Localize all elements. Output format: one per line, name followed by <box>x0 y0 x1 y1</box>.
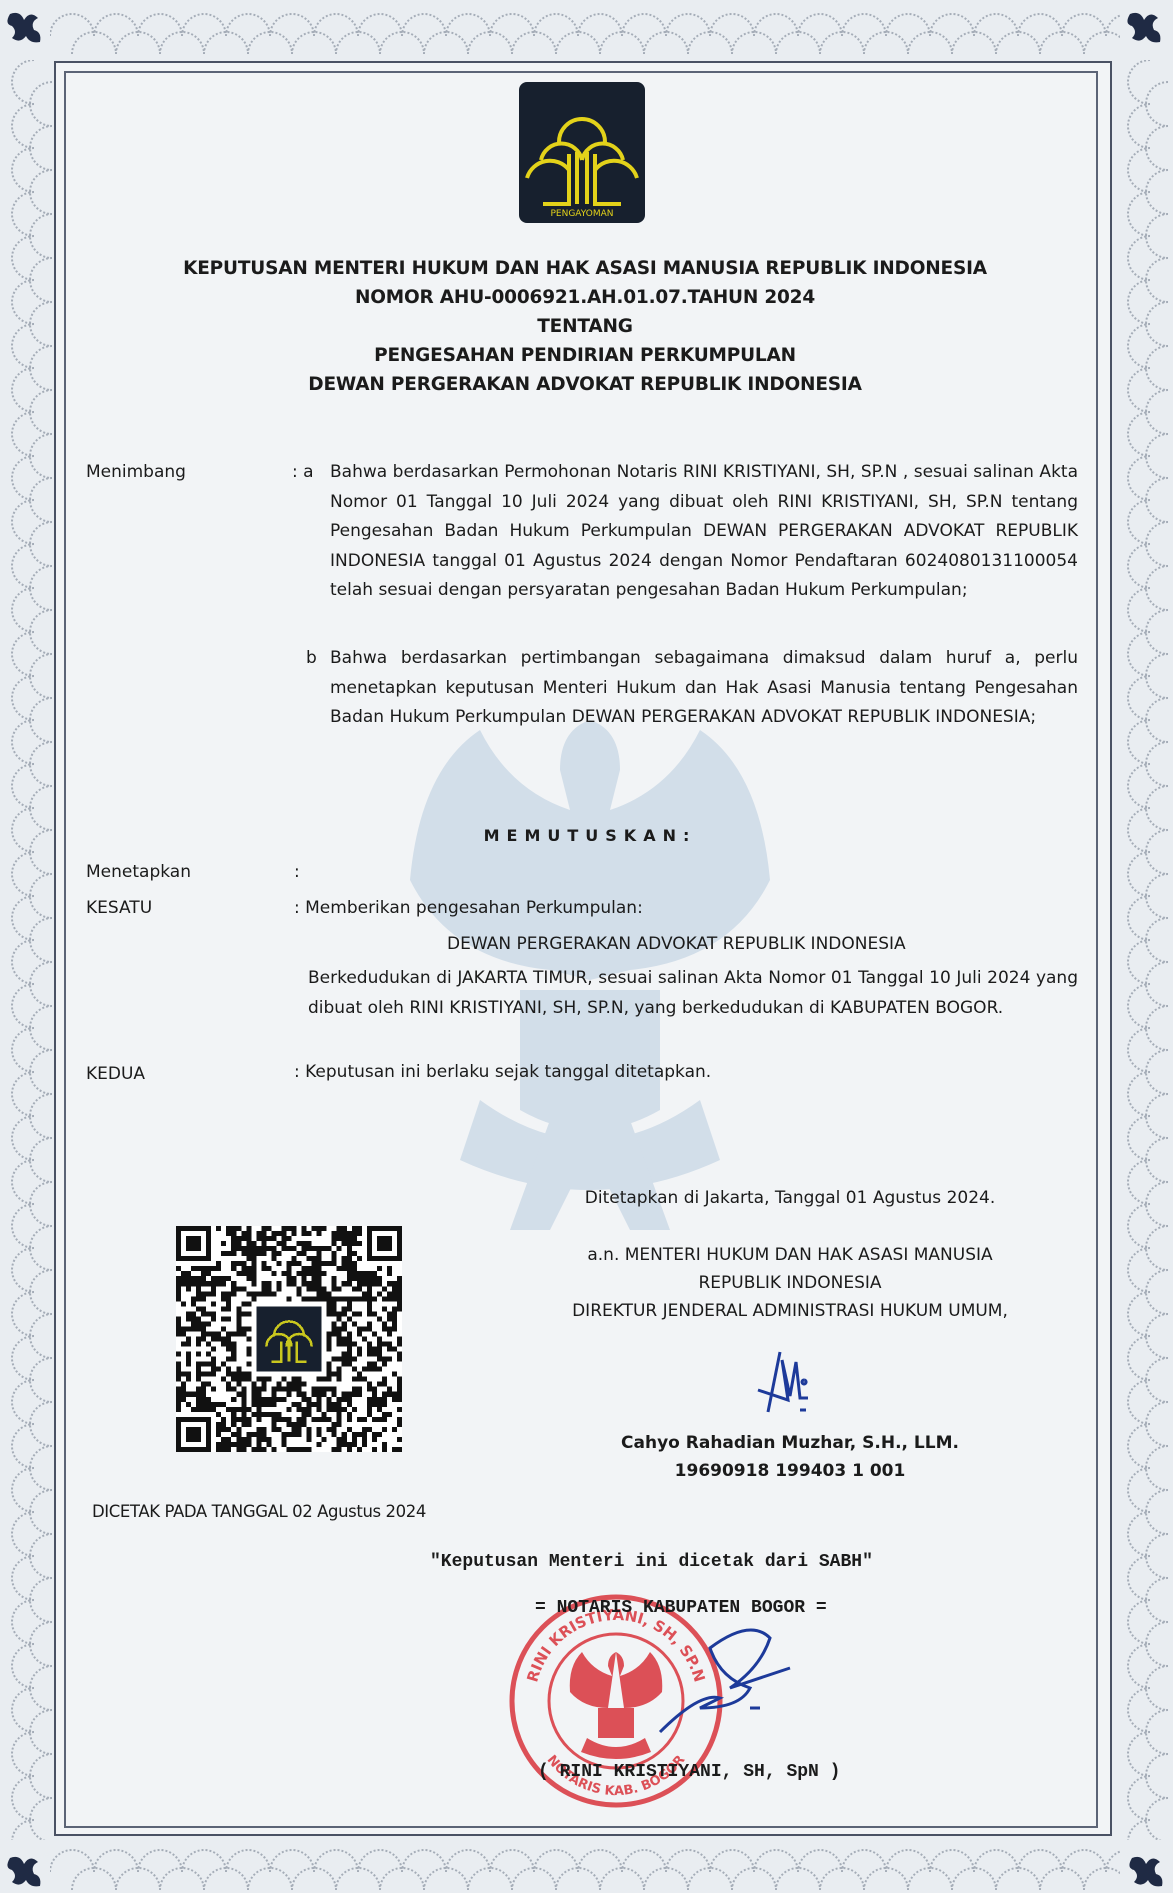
signatory-nip: 19690918 199403 1 001 <box>540 1461 1040 1481</box>
decorative-border-left <box>2 60 52 1840</box>
kedua-text: : Keputusan ini berlaku sejak tanggal di… <box>294 1062 711 1082</box>
signatory-position: DIREKTUR JENDERAL ADMINISTRASI HUKUM UMU… <box>540 1301 1040 1321</box>
menimbang-label: Menimbang <box>86 462 186 482</box>
qr-code-icon <box>176 1226 402 1452</box>
kesatu-text: : Memberikan pengesahan Perkumpulan: <box>294 898 643 918</box>
kedua-label: KEDUA <box>86 1064 145 1084</box>
place-and-date: Ditetapkan di Jakarta, Tanggal 01 Agustu… <box>540 1188 1040 1208</box>
decorative-border-right <box>1118 60 1168 1840</box>
sabh-source-note: "Keputusan Menteri ini dicetak dari SABH… <box>430 1552 873 1572</box>
menimbang-item-b: Bahwa berdasarkan pertimbangan sebagaima… <box>330 644 1078 733</box>
kesatu-label: KESATU <box>86 898 152 918</box>
decree-title: KEPUTUSAN MENTERI HUKUM DAN HAK ASASI MA… <box>100 254 1070 283</box>
on-behalf-line-1: a.n. MENTERI HUKUM DAN HAK ASASI MANUSIA <box>540 1245 1040 1265</box>
decree-number: NOMOR AHU-0006921.AH.01.07.TAHUN 2024 <box>100 283 1070 312</box>
decree-subject: PENGESAHAN PENDIRIAN PERKUMPULAN <box>100 341 1070 370</box>
svg-text:PENGAYOMAN: PENGAYOMAN <box>550 209 613 219</box>
ministry-emblem-logo: PENGAYOMAN <box>519 82 645 223</box>
decree-organization: DEWAN PERGERAKAN ADVOKAT REPUBLIK INDONE… <box>100 370 1070 399</box>
menetapkan-label: Menetapkan <box>86 862 191 882</box>
printed-date: DICETAK PADA TANGGAL 02 Agustus 2024 <box>92 1502 426 1521</box>
memutuskan-heading: MEMUTUSKAN: <box>300 826 880 845</box>
corner-ornament-icon <box>1124 8 1164 48</box>
notary-signature-icon <box>650 1620 810 1740</box>
decorative-border-top <box>50 4 1120 54</box>
menimbang-marker-a: : a <box>292 462 314 482</box>
menimbang-item-a: Bahwa berdasarkan Permohonan Notaris RIN… <box>330 458 1078 606</box>
signatory-name: Cahyo Rahadian Muzhar, S.H., LLM. <box>540 1433 1040 1453</box>
on-behalf-line-2: REPUBLIK INDONESIA <box>540 1273 1040 1293</box>
kesatu-organization-name: DEWAN PERGERAKAN ADVOKAT REPUBLIK INDONE… <box>447 934 906 954</box>
corner-ornament-icon <box>1126 1852 1166 1892</box>
decree-about: TENTANG <box>100 312 1070 341</box>
menetapkan-colon: : <box>294 862 300 882</box>
notary-office: = NOTARIS KABUPATEN BOGOR = <box>535 1598 827 1618</box>
notary-name: ( RINI KRISTIYANI, SH, SpN ) <box>538 1762 840 1782</box>
decree-header: KEPUTUSAN MENTERI HUKUM DAN HAK ASASI MA… <box>100 254 1070 399</box>
decorative-border-bottom <box>50 1840 1120 1890</box>
kesatu-detail: Berkedudukan di JAKARTA TIMUR, sesuai sa… <box>308 964 1078 1023</box>
corner-ornament-icon <box>4 1852 44 1892</box>
corner-ornament-icon <box>4 8 44 48</box>
menimbang-marker-b: b <box>306 648 317 668</box>
director-signature-icon <box>750 1350 840 1420</box>
